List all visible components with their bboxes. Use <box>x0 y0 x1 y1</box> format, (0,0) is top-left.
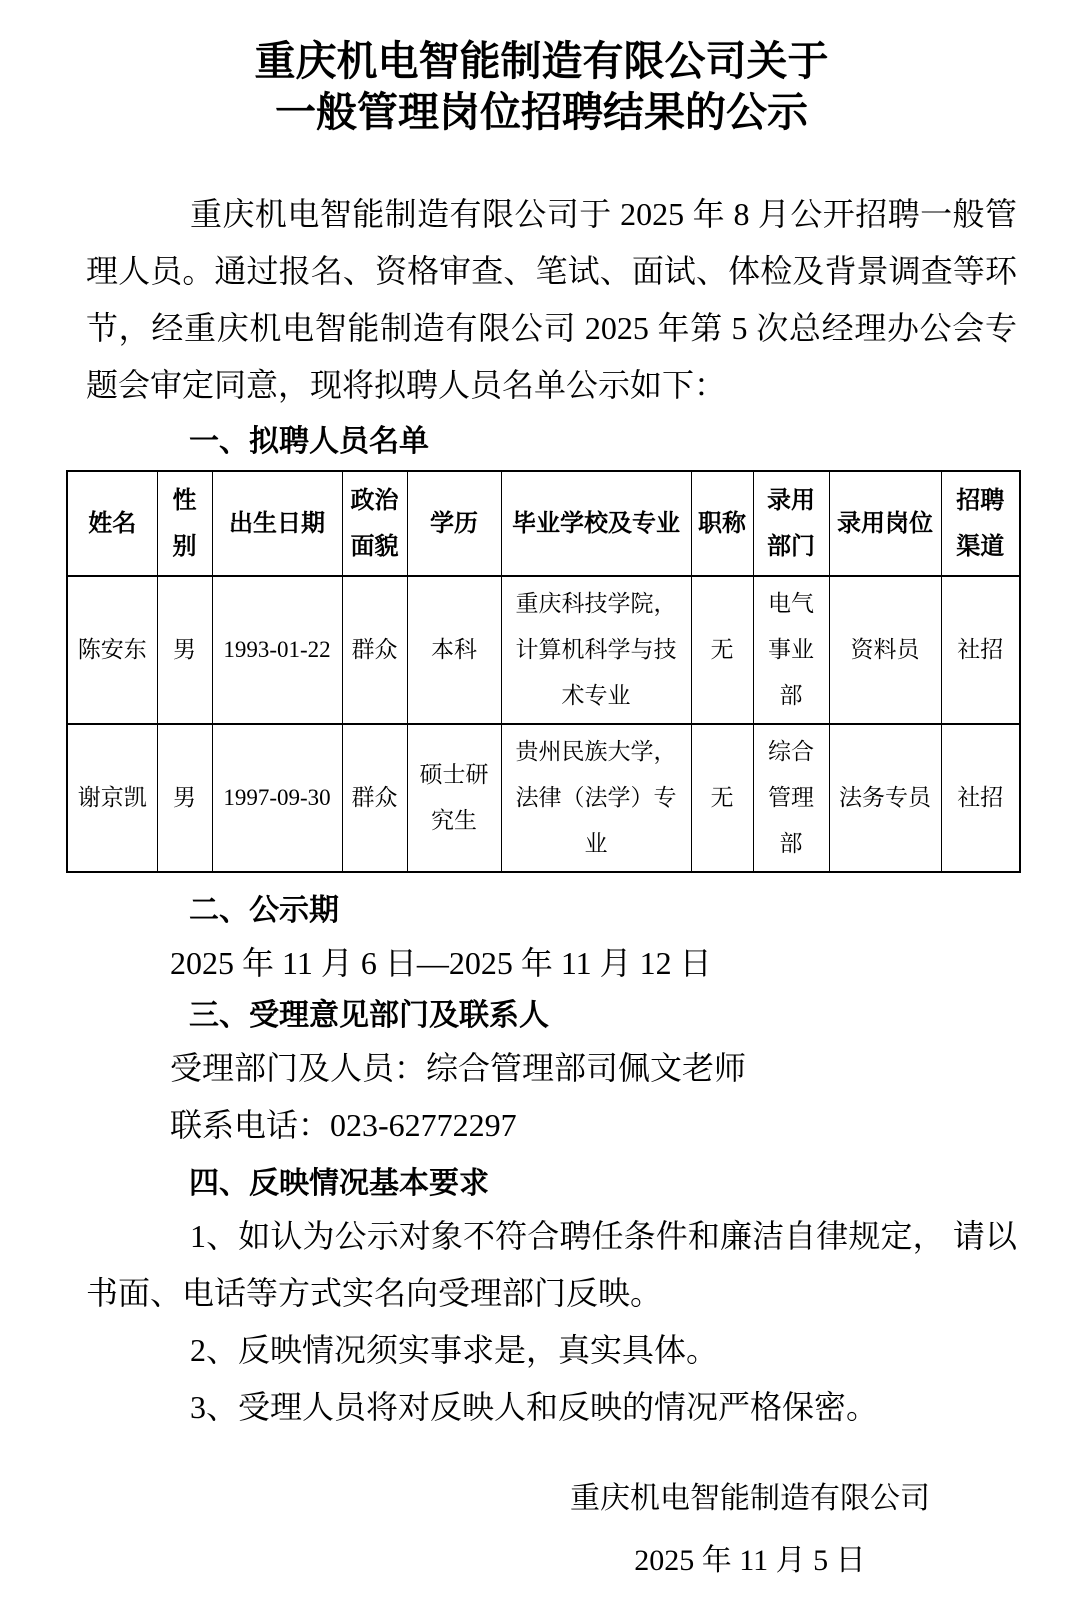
publicity-period: 2025 年 11 月 6 日—2025 年 11 月 12 日 <box>86 935 1017 992</box>
requirement-item: 2、反映情况须实事求是，真实具体。 <box>86 1322 1017 1379</box>
header-cell-education: 学历 <box>407 471 501 576</box>
table-cell: 群众 <box>342 724 407 872</box>
table-header-row: 姓名 性别 出生日期 政治面貌 学历 毕业学校及专业 职称 录用部门 录用岗位 … <box>67 471 1020 576</box>
table-row: 陈安东 男 1993-01-22 群众 本科 重庆科技学院，计算机科学与技术专业… <box>67 576 1020 724</box>
table-cell: 群众 <box>342 576 407 724</box>
table-cell: 综合管理部 <box>753 724 829 872</box>
title-line-2: 一般管理岗位招聘结果的公示 <box>66 87 1017 138</box>
table-cell: 1997-09-30 <box>212 724 342 872</box>
table-cell: 重庆科技学院，计算机科学与技术专业 <box>501 576 691 724</box>
table-cell: 社招 <box>941 576 1020 724</box>
table-cell: 1993-01-22 <box>212 576 342 724</box>
contact-department-line: 受理部门及人员：综合管理部司佩文老师 <box>86 1040 1017 1097</box>
table-cell: 硕士研究生 <box>407 724 501 872</box>
table-cell: 本科 <box>407 576 501 724</box>
header-cell-political-status: 政治面貌 <box>342 471 407 576</box>
table-row: 谢京凯 男 1997-09-30 群众 硕士研究生 贵州民族大学，法律（法学）专… <box>67 724 1020 872</box>
header-cell-school-major: 毕业学校及专业 <box>501 471 691 576</box>
table-cell: 资料员 <box>829 576 941 724</box>
table-cell: 电气事业部 <box>753 576 829 724</box>
table-cell: 男 <box>157 576 212 724</box>
intro-paragraph: 重庆机电智能制造有限公司于 2025 年 8 月公开招聘一般管理人员。通过报名、… <box>86 186 1017 414</box>
candidates-table: 姓名 性别 出生日期 政治面貌 学历 毕业学校及专业 职称 录用部门 录用岗位 … <box>66 470 1021 873</box>
signature-block: 重庆机电智能制造有限公司 2025 年 11 月 5 日 <box>570 1468 930 1592</box>
header-cell-department: 录用部门 <box>753 471 829 576</box>
section-3-heading: 三、受理意见部门及联系人 <box>86 992 1017 1040</box>
table-cell: 无 <box>691 724 753 872</box>
header-cell-gender: 性别 <box>157 471 212 576</box>
announcement-page: 重庆机电智能制造有限公司关于 一般管理岗位招聘结果的公示 重庆机电智能制造有限公… <box>0 0 1083 1600</box>
table-cell: 法务专员 <box>829 724 941 872</box>
contact-phone-line: 联系电话：023-62772297 <box>86 1097 1017 1154</box>
table-cell: 社招 <box>941 724 1020 872</box>
table-cell: 谢京凯 <box>67 724 157 872</box>
signature-date: 2025 年 11 月 5 日 <box>570 1530 930 1592</box>
signature-company: 重庆机电智能制造有限公司 <box>570 1468 930 1530</box>
table-cell: 贵州民族大学，法律（法学）专业 <box>501 724 691 872</box>
header-cell-name: 姓名 <box>67 471 157 576</box>
requirement-item: 1、如认为公示对象不符合聘任条件和廉洁自律规定， 请以书面、电话等方式实名向受理… <box>86 1208 1017 1322</box>
header-cell-position: 录用岗位 <box>829 471 941 576</box>
table-cell: 无 <box>691 576 753 724</box>
title-line-1: 重庆机电智能制造有限公司关于 <box>66 36 1017 87</box>
requirement-item: 3、受理人员将对反映人和反映的情况严格保密。 <box>86 1379 1017 1436</box>
section-4-heading: 四、反映情况基本要求 <box>86 1160 1017 1208</box>
section-2-heading: 二、公示期 <box>86 887 1017 935</box>
document-title: 重庆机电智能制造有限公司关于 一般管理岗位招聘结果的公示 <box>66 36 1017 138</box>
table-cell: 男 <box>157 724 212 872</box>
section-1-heading: 一、拟聘人员名单 <box>86 418 1017 466</box>
table-cell: 陈安东 <box>67 576 157 724</box>
header-cell-title: 职称 <box>691 471 753 576</box>
header-cell-birthdate: 出生日期 <box>212 471 342 576</box>
header-cell-channel: 招聘渠道 <box>941 471 1020 576</box>
